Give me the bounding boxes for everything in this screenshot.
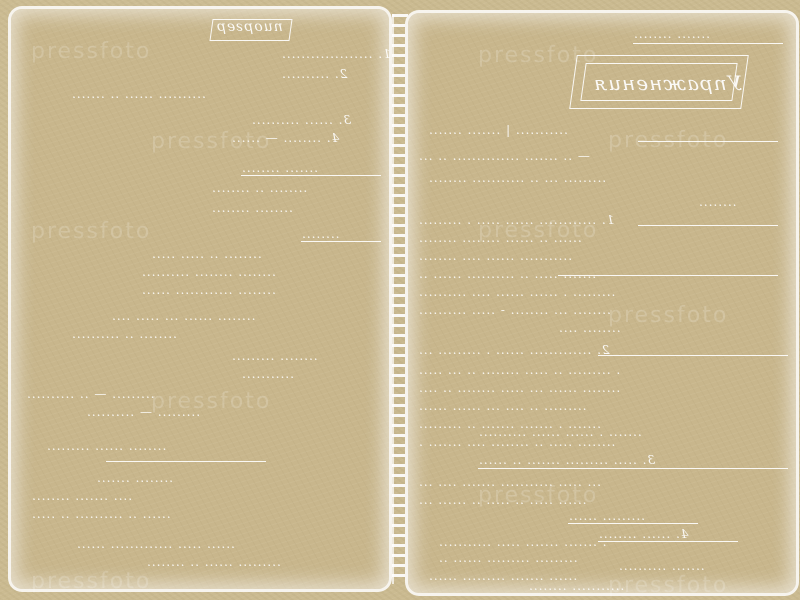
notebook-right-page: ....... ........ Упражнения ........... … [405, 10, 799, 596]
handwriting-line: ........ ... ........ - ..... .......... [418, 303, 611, 317]
handwriting-line: ........ ...... ... ..... ........ .. ..… [418, 381, 620, 395]
handwriting-line: ....... ........ [241, 161, 318, 175]
handwriting-line: — .. ....... .............. .. ... [418, 149, 590, 163]
watermark-text: pressfoto [151, 389, 271, 414]
handwriting-line: ......... . ...... ...... .... .........… [418, 285, 615, 299]
handwriting-line: ........ ........ [211, 201, 293, 215]
handwriting-line: ........ [698, 195, 737, 209]
watermark-text: pressfoto [608, 573, 728, 598]
underline [301, 241, 381, 242]
watermark-text: pressfoto [478, 218, 598, 243]
handwriting-line: ......... ......... ...... .. [438, 551, 578, 565]
underline [598, 541, 738, 542]
notebook-left-page: пиоргер 1. ................... 2. ......… [8, 6, 392, 592]
watermark-text: pressfoto [608, 128, 728, 153]
watermark-text: pressfoto [31, 219, 151, 244]
underline [478, 468, 788, 469]
handwriting-line: ........... ...... .... ........ [418, 249, 572, 263]
underline [633, 43, 783, 44]
handwriting-line: ........... | ....... ....... [428, 123, 568, 137]
handwriting-line: ......... .. .... ... ...... ...... [418, 399, 587, 413]
handwriting-line: 1. ................... [281, 47, 391, 61]
handwriting-line: ........ .. ........ [211, 181, 307, 195]
watermark-text: pressfoto [31, 39, 151, 64]
underline [558, 275, 778, 276]
watermark-text: pressfoto [31, 569, 151, 594]
handwriting-line: 2. ............. ...... . ......... ... [418, 343, 610, 357]
handwriting-line: ......... ... .. ........... ........ [428, 171, 606, 185]
underline [598, 355, 788, 356]
handwriting-line: ........ ......... [231, 349, 318, 363]
watermark-text: pressfoto [478, 483, 598, 508]
handwriting-line: .... ....... ........ [31, 489, 132, 503]
handwriting-line: ........ ....... [96, 471, 173, 485]
handwriting-line: ........ [301, 227, 340, 241]
handwriting-line: ....... ..... .. .......... ...... .. [418, 267, 596, 281]
handwriting-line: ........ .. .......... [71, 327, 177, 341]
handwriting-line: ......... — .. .......... [26, 387, 155, 401]
handwriting-line: ........ ........ .......... [141, 265, 276, 279]
underline [638, 225, 778, 226]
handwriting-line: ....... ........ [633, 27, 710, 41]
underline [106, 461, 266, 462]
underline [241, 175, 381, 176]
handwriting-line: ......... ...... [568, 509, 645, 523]
watermark-text: pressfoto [151, 129, 271, 154]
handwriting-line: ........... [241, 367, 294, 381]
watermark-text: pressfoto [608, 303, 728, 328]
handwriting-line: .......... ...... .. ....... [71, 87, 206, 101]
handwriting-line: . ....... ....... ..... ........... [438, 535, 607, 549]
handwriting-line: 2. .......... [281, 67, 347, 81]
handwriting-line: ...... .. .......... .. ..... [31, 507, 171, 521]
underline [568, 523, 698, 524]
left-page-title: пиоргер [216, 19, 283, 35]
handwriting-line: ......... ...... .. ........ [146, 555, 281, 569]
handwriting-line: ...... ..... ............. ...... [76, 537, 235, 551]
handwriting-line: ........ ............ ...... [141, 283, 276, 297]
handwriting-line: ....... . ...... ...... .......... [478, 425, 642, 439]
handwriting-line: ........ ...... ......... [46, 439, 166, 453]
right-page-title: Упражнения [593, 71, 742, 95]
handwriting-line: 3. ...... .......... [251, 113, 351, 127]
handwriting-line: ........ ...... ... ..... .... [111, 309, 255, 323]
handwriting-line: 4. ...... ........ [598, 527, 688, 541]
watermark-text: pressfoto [478, 43, 598, 68]
handwriting-line: ....... .......... [618, 559, 705, 573]
handwriting-line: 3. ..... ......... ....... .. ...... [478, 453, 655, 467]
handwriting-line: . ......... .. ..... ........ .. ... ...… [418, 363, 620, 377]
handwriting-line: ........ .. ..... ..... [151, 247, 262, 261]
